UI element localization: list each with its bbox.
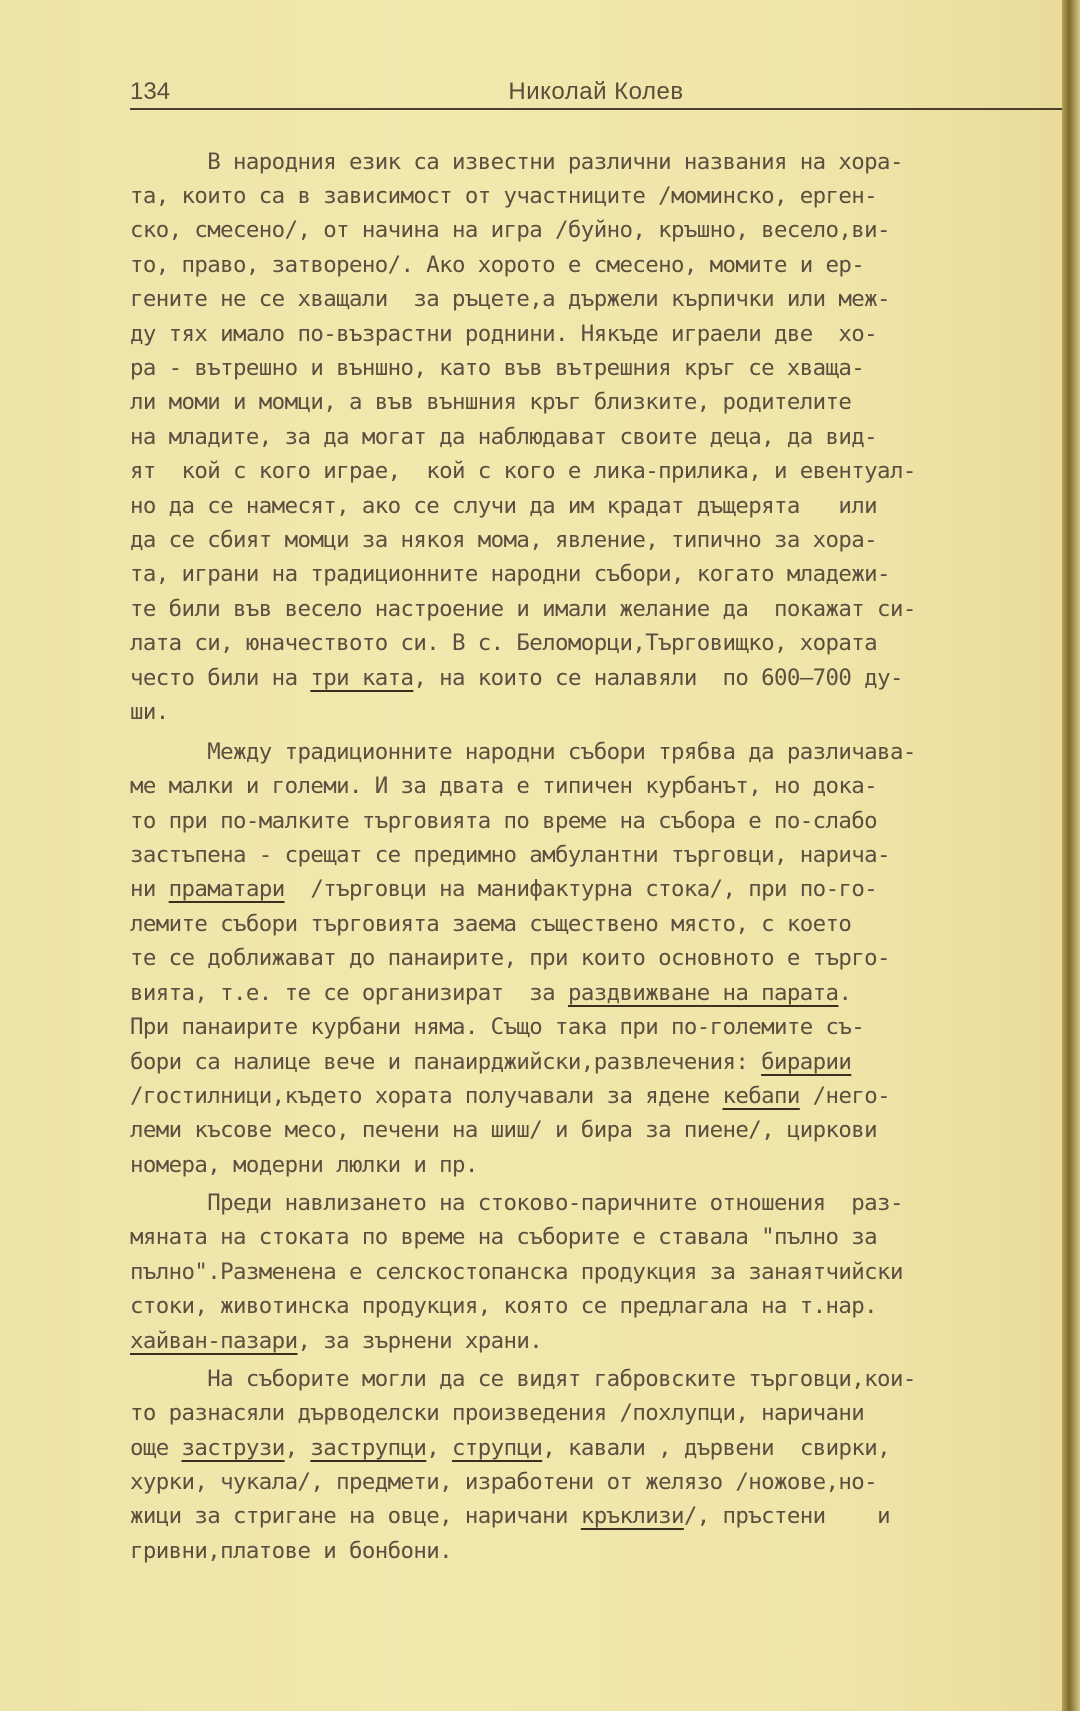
text-line: хайван-пазари, за зърнени храни.: [130, 1324, 542, 1358]
text-line: то разнасяли дърводелски произведения /п…: [130, 1396, 864, 1430]
text-line: та, играни на традиционните народни събо…: [130, 557, 890, 591]
text-line: Между традиционните народни събори трябв…: [130, 735, 916, 769]
running-header: 134 Николай Колев: [130, 78, 1062, 110]
text-line: ме малки и големи. И за двата е типичен …: [130, 769, 877, 803]
text-segment: ят кой с кого играе, кой с кого е лика-п…: [130, 458, 916, 484]
text-line: те били във весело настроение и имали же…: [130, 592, 916, 626]
text-line: гривни,платове и бонбони.: [130, 1534, 452, 1568]
text-segment: ме малки и големи. И за двата е типичен …: [130, 773, 877, 799]
text-segment: да се сбият момци за някоя мома, явление…: [130, 527, 877, 553]
text-segment: Между традиционните народни събори трябв…: [130, 739, 916, 765]
text-segment: но да се намесят, ако се случи да им кра…: [130, 493, 877, 519]
text-segment: та, играни на традиционните народни събо…: [130, 561, 890, 587]
text-segment: /гостилници,където хората получавали за …: [130, 1083, 723, 1109]
text-segment: ши.: [130, 699, 169, 725]
text-line: леми късове месо, печени на шиш/ и бира …: [130, 1113, 877, 1147]
running-title: Николай Колев: [130, 78, 1062, 106]
underlined-term: струпци: [452, 1435, 542, 1461]
text-segment: В народния език са известни различни наз…: [130, 149, 903, 175]
text-segment: ду тях имало по-възрастни роднини. Някъд…: [130, 321, 877, 347]
text-segment: стоки, животинска продукция, която се пр…: [130, 1293, 877, 1319]
text-segment: леми късове месо, печени на шиш/ и бира …: [130, 1117, 877, 1143]
text-segment: то разнасяли дърводелски произведения /п…: [130, 1400, 864, 1426]
text-segment: Преди навлизането на стоково-паричните о…: [130, 1190, 903, 1216]
text-segment: /, пръстени и: [684, 1503, 890, 1529]
text-line: но да се намесят, ако се случи да им кра…: [130, 489, 877, 523]
text-segment: При панаирите курбани няма. Също така пр…: [130, 1014, 864, 1040]
text-line: бори са налице вече и панаирджийски,разв…: [130, 1045, 851, 1079]
underlined-term: раздвижване на парата: [568, 980, 839, 1006]
text-segment: /търговци на манифактурна стока/, при по…: [285, 876, 878, 902]
text-line: на младите, за да могат да наблюдават св…: [130, 420, 877, 454]
text-segment: пълно".Разменена е селскостопанска проду…: [130, 1259, 903, 1285]
text-line: На съборите могли да се видят габровскит…: [130, 1362, 916, 1396]
text-line: хурки, чукала/, предмети, изработени от …: [130, 1465, 877, 1499]
text-line: често били на три ката, на които се нала…: [130, 661, 903, 695]
text-segment: вията, т.е. те се организират за: [130, 980, 568, 1006]
text-segment: ско, смесено/, от начина на игра /буйно,…: [130, 217, 890, 243]
text-line: ра - вътрешно и външно, като във вътрешн…: [130, 351, 864, 385]
text-segment: гените не се хващали за ръцете,а държели…: [130, 286, 890, 312]
text-segment: На съборите могли да се видят габровскит…: [130, 1366, 916, 1392]
page-edge: [1062, 0, 1080, 1711]
text-line: то при по-малките търговията по време на…: [130, 804, 877, 838]
text-line: лемите събори търговията заема съществен…: [130, 907, 851, 941]
text-segment: жици за стригане на овце, наричани: [130, 1503, 581, 1529]
text-segment: лата си, юначеството си. В с. Беломорци,…: [130, 630, 877, 656]
text-line: ско, смесено/, от начина на игра /буйно,…: [130, 213, 890, 247]
text-line: В народния език са известни различни наз…: [130, 145, 903, 179]
text-segment: бори са налице вече и панаирджийски,разв…: [130, 1049, 761, 1075]
underlined-term: бирарии: [761, 1049, 851, 1075]
underlined-term: праматари: [169, 876, 285, 902]
text-line: /гостилници,където хората получавали за …: [130, 1079, 890, 1113]
text-line: Преди навлизането на стоково-паричните о…: [130, 1186, 903, 1220]
underlined-term: заструпци: [310, 1435, 426, 1461]
text-segment: ,: [426, 1435, 452, 1461]
text-segment: номера, модерни люлки и пр.: [130, 1152, 478, 1178]
text-segment: , кавали , дървени свирки,: [542, 1435, 890, 1461]
underlined-term: кръклизи: [581, 1503, 684, 1529]
text-line: вията, т.е. те се организират за раздвиж…: [130, 976, 851, 1010]
text-line: номера, модерни люлки и пр.: [130, 1148, 478, 1182]
text-segment: та, които са в зависимост от участниците…: [130, 183, 877, 209]
text-segment: те се доближават до панаирите, при които…: [130, 945, 890, 971]
text-line: стоки, животинска продукция, която се пр…: [130, 1289, 877, 1323]
text-segment: ли моми и момци, а във външния кръг близ…: [130, 389, 851, 415]
text-segment: , на които се налавяли по 600—700 ду-: [413, 665, 902, 691]
text-line: ят кой с кого играе, кой с кого е лика-п…: [130, 454, 916, 488]
text-segment: ни: [130, 876, 169, 902]
text-segment: то при по-малките търговията по време на…: [130, 808, 877, 834]
text-segment: хурки, чукала/, предмети, изработени от …: [130, 1469, 877, 1495]
underlined-term: три ката: [310, 665, 413, 691]
text-line: то, право, затворено/. Ако хорото е смес…: [130, 248, 864, 282]
text-line: мяната на стоката по време на съборите е…: [130, 1220, 877, 1254]
text-segment: лемите събори търговията заема съществен…: [130, 911, 851, 937]
text-line: жици за стригане на овце, наричани кръкл…: [130, 1499, 890, 1533]
text-segment: ,: [285, 1435, 311, 1461]
underlined-term: заструзи: [182, 1435, 285, 1461]
text-line: да се сбият момци за някоя мома, явление…: [130, 523, 877, 557]
text-line: ли моми и момци, а във външния кръг близ…: [130, 385, 851, 419]
text-line: пълно".Разменена е селскостопанска проду…: [130, 1255, 903, 1289]
text-line: още заструзи, заструпци, струпци, кавали…: [130, 1431, 890, 1465]
text-segment: .: [838, 980, 851, 1006]
text-line: ду тях имало по-възрастни роднини. Някъд…: [130, 317, 877, 351]
text-segment: те били във весело настроение и имали же…: [130, 596, 916, 622]
underlined-term: кебапи: [723, 1083, 800, 1109]
text-segment: на младите, за да могат да наблюдават св…: [130, 424, 877, 450]
text-segment: то, право, затворено/. Ако хорото е смес…: [130, 252, 864, 278]
text-line: та, които са в зависимост от участниците…: [130, 179, 877, 213]
text-segment: , за зърнени храни.: [297, 1328, 542, 1354]
text-segment: ра - вътрешно и външно, като във вътрешн…: [130, 355, 864, 381]
text-segment: мяната на стоката по време на съборите е…: [130, 1224, 877, 1250]
text-line: лата си, юначеството си. В с. Беломорци,…: [130, 626, 877, 660]
text-line: гените не се хващали за ръцете,а държели…: [130, 282, 890, 316]
text-line: ни праматари /търговци на манифактурна с…: [130, 872, 877, 906]
text-segment: /него-: [800, 1083, 890, 1109]
text-segment: често били на: [130, 665, 310, 691]
text-line: застъпена - срещат се предимно амбулантн…: [130, 838, 890, 872]
text-line: те се доближават до панаирите, при които…: [130, 941, 890, 975]
text-segment: гривни,платове и бонбони.: [130, 1538, 452, 1564]
text-segment: още: [130, 1435, 182, 1461]
underlined-term: хайван-пазари: [130, 1328, 297, 1354]
text-segment: застъпена - срещат се предимно амбулантн…: [130, 842, 890, 868]
text-line: ши.: [130, 695, 169, 729]
text-line: При панаирите курбани няма. Също така пр…: [130, 1010, 864, 1044]
